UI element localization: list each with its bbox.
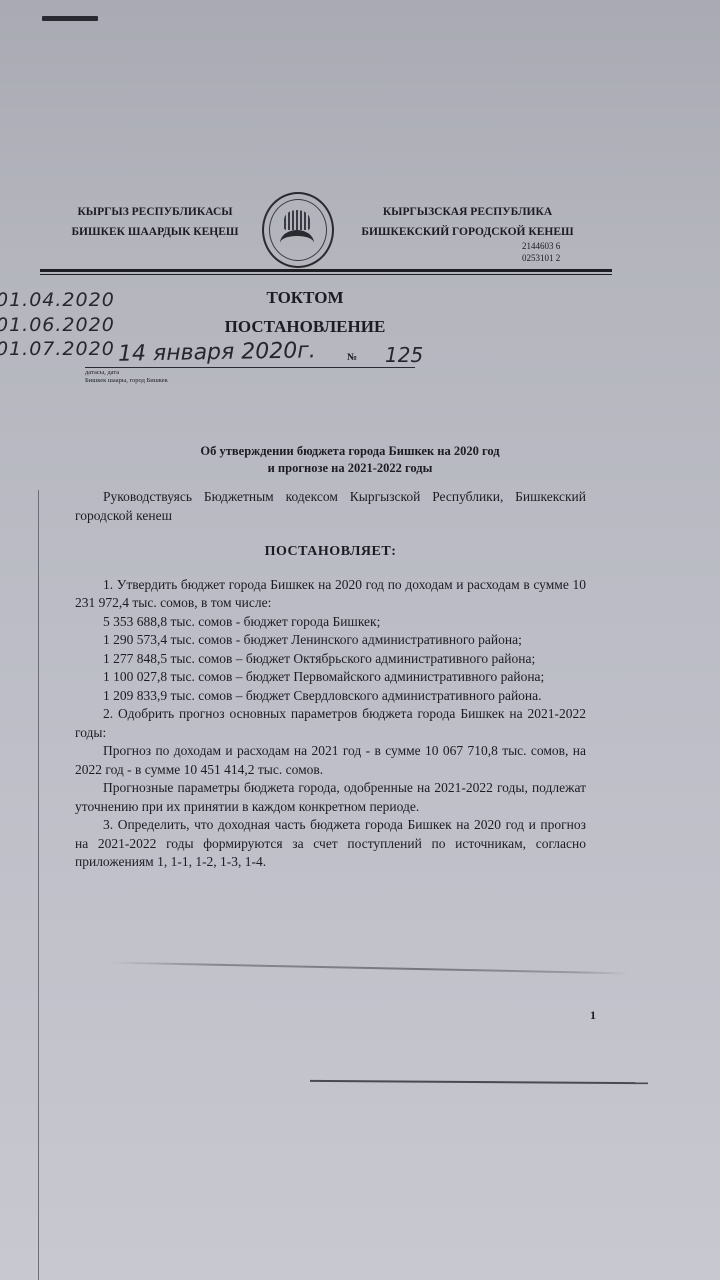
letterhead-russian: КЫРГЫЗСКАЯ РЕСПУБЛИКА БИШКЕКСКИЙ ГОРОДСК… (355, 202, 580, 242)
breakdown-leninsky: 1 290 573,4 тыс. сомов - бюджет Ленинско… (75, 631, 586, 650)
falcon-icon (280, 230, 314, 256)
header-rule (40, 269, 612, 272)
letterhead-kyrgyz: КЫРГЫЗ РЕСПУБЛИКАСЫ БИШКЕК ШААРДЫК КЕҢЕШ (60, 202, 250, 242)
council-name-ky: БИШКЕК ШААРДЫК КЕҢЕШ (60, 222, 250, 242)
item-1: 1. Утвердить бюджет города Бишкек на 202… (75, 576, 586, 613)
date-caption: датасы, дата Бишкек шаары, город Бишкек (85, 369, 168, 385)
breakdown-sverdlovsky: 1 209 833,9 тыс. сомов – бюджет Свердлов… (75, 687, 586, 706)
breakdown-city: 5 353 688,8 тыс. сомов - бюджет города Б… (75, 613, 586, 632)
item-2-forecast: Прогноз по доходам и расходам на 2021 го… (75, 742, 586, 779)
signature-line (310, 1080, 648, 1084)
handwritten-date-3: 01.07.2020 (0, 338, 115, 360)
breakdown-oktyabrsky: 1 277 848,5 тыс. сомов – бюджет Октябрьс… (75, 650, 586, 669)
document-subject: Об утверждении бюджета города Бишкек на … (100, 443, 600, 477)
code-1: 2144603 6 (522, 240, 560, 252)
handwritten-date-2: 01.06.2020 (0, 314, 115, 336)
country-name-ky: КЫРГЫЗ РЕСПУБЛИКАСЫ (60, 202, 250, 222)
preamble: Руководствуясь Бюджетным кодексом Кыргыз… (75, 488, 586, 525)
scan-smudge (110, 962, 630, 975)
title-russian: ПОСТАНОВЛЕНИЕ (215, 317, 395, 337)
page-number: 1 (590, 1008, 596, 1023)
page-edge (38, 490, 39, 1280)
item-2: 2. Одобрить прогноз основных параметров … (75, 705, 586, 742)
handwritten-date-1: 01.04.2020 (0, 289, 115, 311)
decree-heading: ПОСТАНОВЛЯЕТ: (75, 543, 586, 562)
sun-icon (284, 210, 310, 230)
letterhead: КЫРГЫЗ РЕСПУБЛИКАСЫ БИШКЕК ШААРДЫК КЕҢЕШ… (0, 198, 720, 278)
number-label: № (347, 352, 357, 363)
item-2-note: Прогнозные параметры бюджета города, одо… (75, 779, 586, 816)
registry-codes: 2144603 6 0253101 2 (522, 240, 560, 264)
subject-line-2: и прогнозе на 2021-2022 годы (100, 460, 600, 477)
council-name-ru: БИШКЕКСКИЙ ГОРОДСКОЙ КЕНЕШ (355, 222, 580, 242)
date-underline (85, 367, 415, 368)
decree-number: 125 (385, 343, 423, 367)
breakdown-pervomaisky: 1 100 027,8 тыс. сомов – бюджет Первомай… (75, 668, 586, 687)
header-rule-thin (40, 274, 612, 275)
code-2: 0253101 2 (522, 252, 560, 264)
title-kyrgyz: ТОКТОМ (260, 288, 350, 308)
state-emblem-icon (262, 192, 334, 268)
subject-line-1: Об утверждении бюджета города Бишкек на … (100, 443, 600, 460)
item-3: 3. Определить, что доходная часть бюджет… (75, 816, 586, 872)
document-body: Руководствуясь Бюджетным кодексом Кыргыз… (75, 488, 586, 872)
scan-mark (42, 16, 98, 21)
country-name-ru: КЫРГЫЗСКАЯ РЕСПУБЛИКА (355, 202, 580, 222)
decree-date: 14 января 2020г. (118, 338, 316, 366)
